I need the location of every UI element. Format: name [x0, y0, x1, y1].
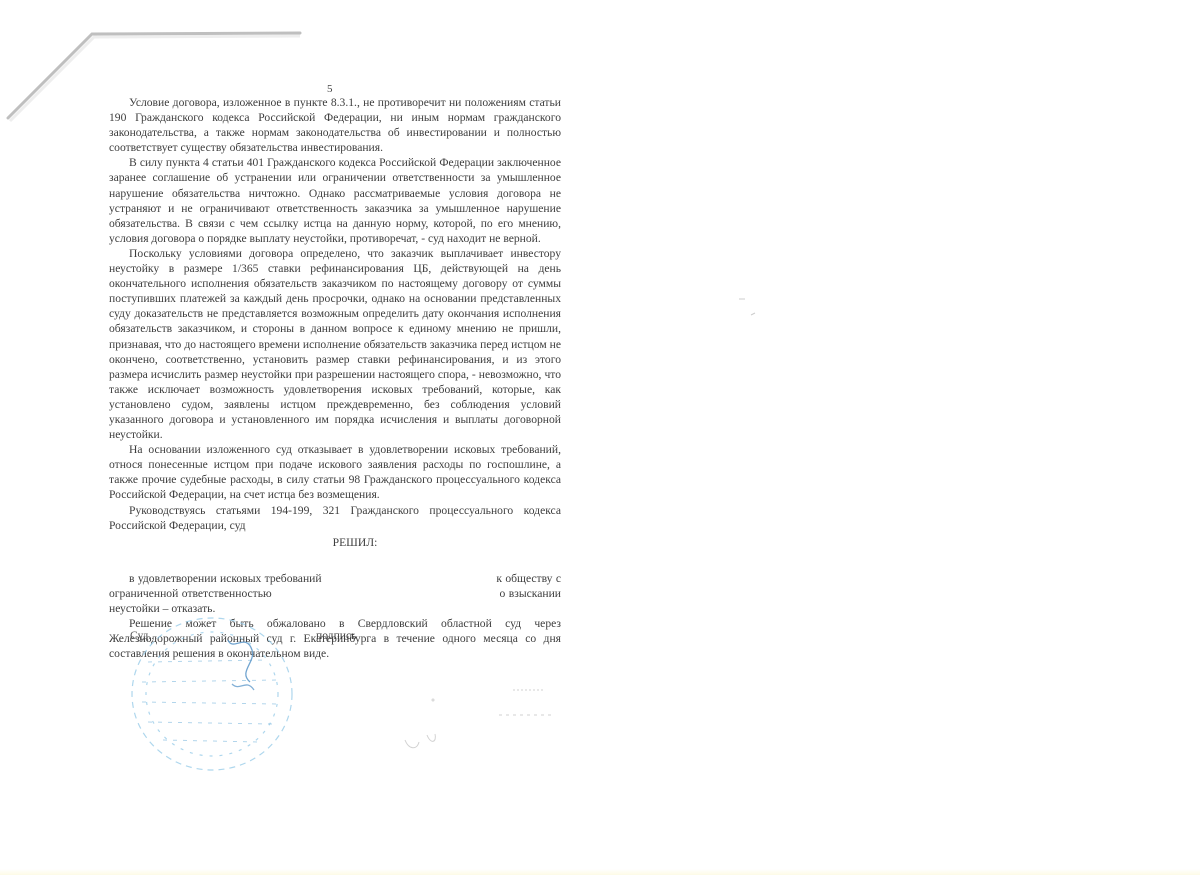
page-number: 5	[327, 83, 333, 95]
faint-scan-marks-right	[735, 295, 765, 325]
faint-scan-marks	[395, 670, 575, 760]
signature-label: Суд...	[130, 629, 157, 642]
paragraph-contract-condition: Условие договора, изложенное в пункте 8.…	[109, 95, 561, 155]
signature-word: подпись	[316, 629, 356, 642]
scan-bottom-edge	[0, 869, 1200, 875]
decision-heading: РЕШИЛ:	[109, 535, 561, 550]
document-body: Условие договора, изложенное в пункте 8.…	[109, 95, 561, 661]
paragraph-court-refusal: На основании изложенного суд отказывает …	[109, 442, 561, 502]
paragraph-guided-by: Руководствуясь статьями 194-199, 321 Гра…	[109, 503, 561, 533]
paragraph-penalty-calculation: Поскольку условиями договора определено,…	[109, 246, 561, 442]
paragraph-decision: в удовлетворении исковых требований к об…	[109, 571, 561, 616]
paragraph-article-401: В силу пункта 4 статьи 401 Гражданского …	[109, 155, 561, 246]
